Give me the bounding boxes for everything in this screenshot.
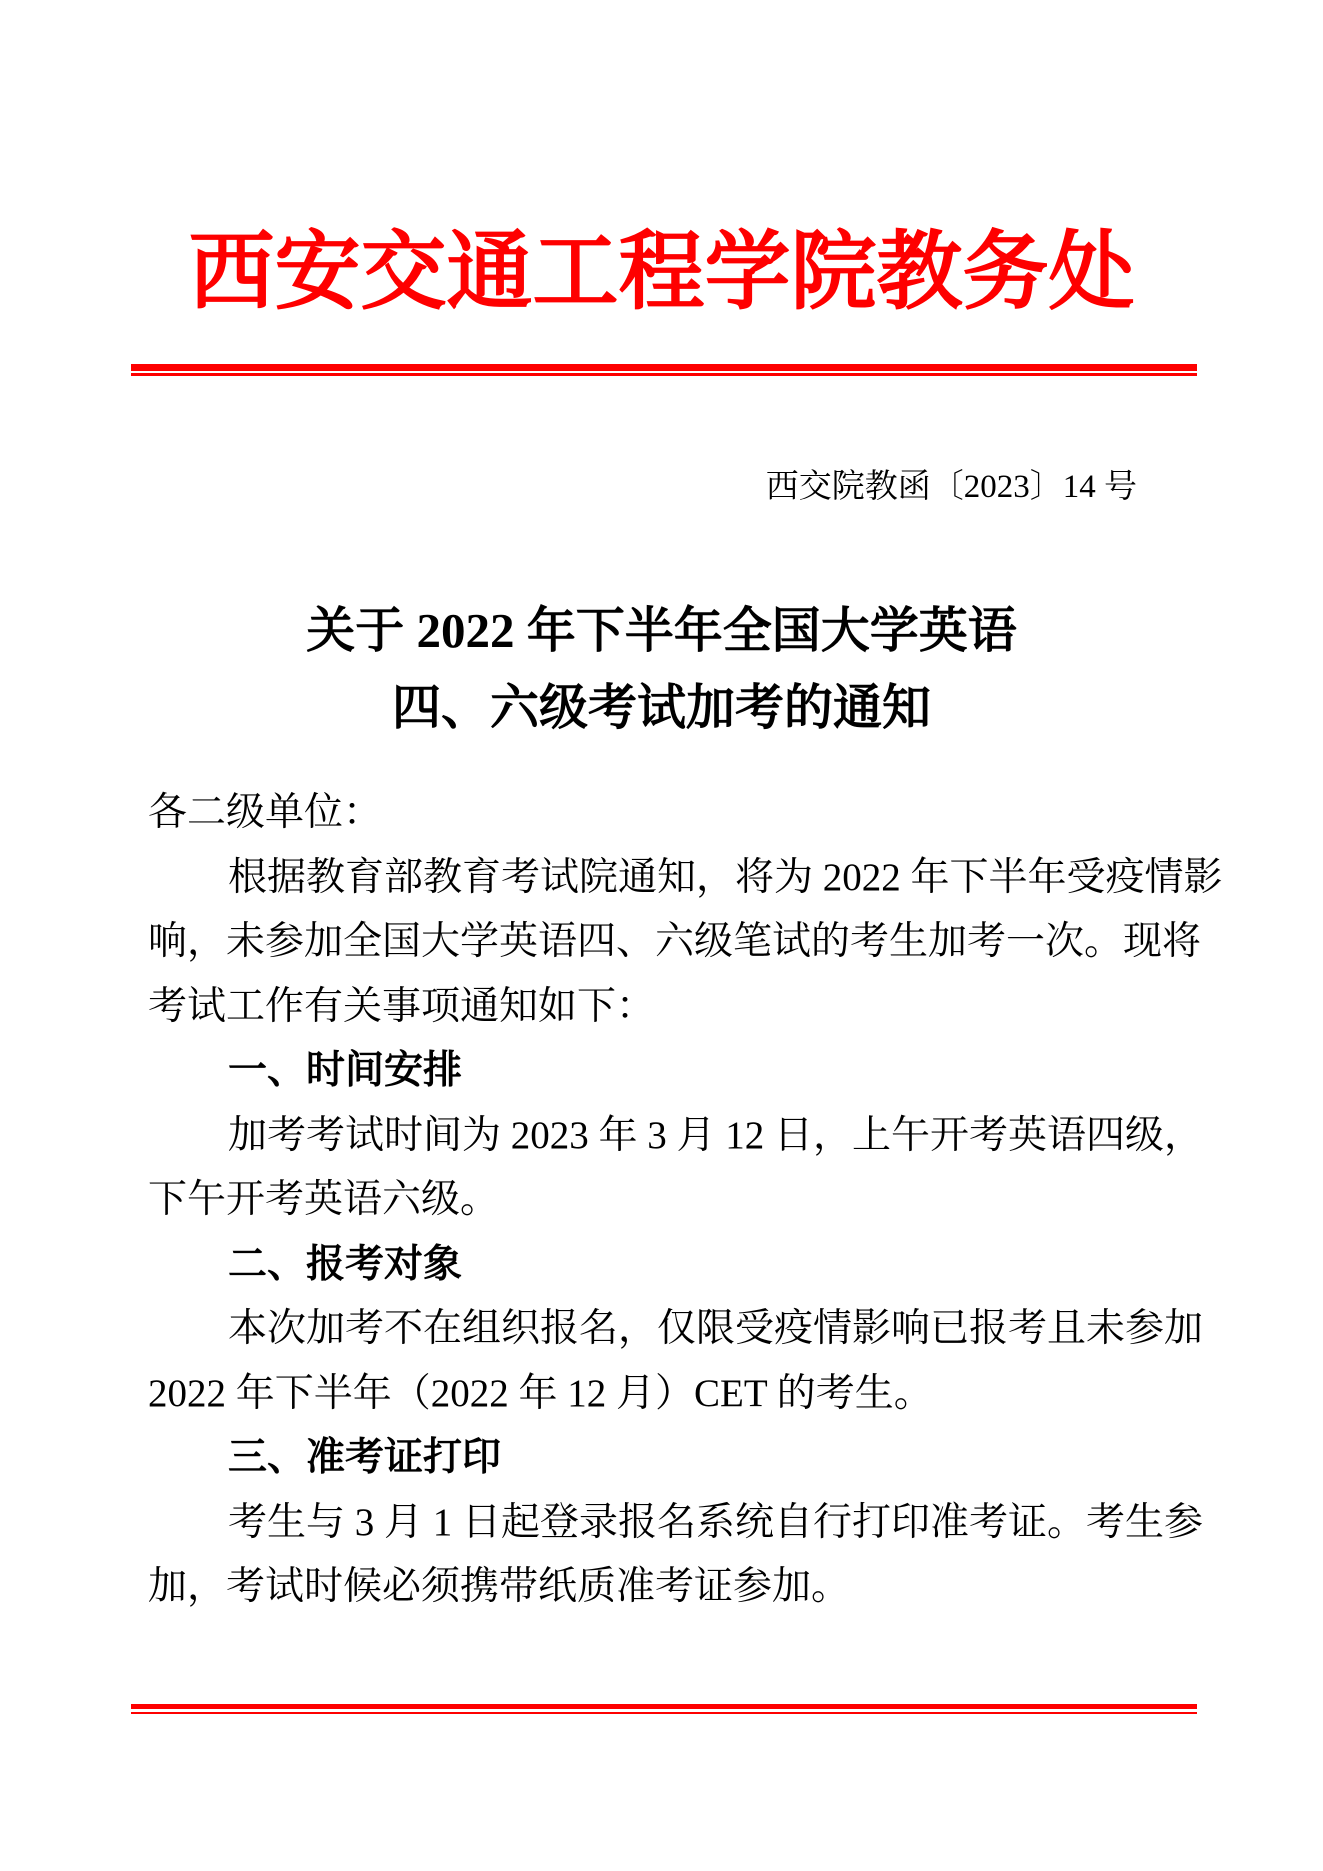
- section-heading-admission-ticket: 三、准考证打印: [148, 1426, 1188, 1491]
- notice-body: 各二级单位： 根据教育部教育考试院通知，将为 2022 年下半年受疫情影 响，未…: [148, 781, 1188, 1620]
- body-line: 响，未参加全国大学英语四、六级笔试的考生加考一次。现将: [148, 910, 1188, 975]
- body-line: 2022 年下半年（2022 年 12 月）CET 的考生。: [148, 1362, 1188, 1427]
- letterhead-title: 西安交通工程学院教务处: [0, 226, 1323, 318]
- section-heading-time: 一、时间安排: [148, 1039, 1188, 1104]
- section-heading-candidates: 二、报考对象: [148, 1233, 1188, 1298]
- body-line: 本次加考不在组织报名，仅限受疫情影响已报考且未参加: [148, 1297, 1188, 1362]
- body-line: 考生与 3 月 1 日起登录报名系统自行打印准考证。考生参: [148, 1491, 1188, 1556]
- document-number: 西交院教函〔2023〕14 号: [766, 467, 1137, 507]
- body-line: 考试工作有关事项通知如下：: [148, 975, 1188, 1040]
- footer-divider: [131, 1704, 1197, 1714]
- notice-title-line1: 关于 2022 年下半年全国大学英语: [0, 592, 1323, 669]
- divider-thick-line: [131, 364, 1197, 371]
- document-page: 西安交通工程学院教务处 西交院教函〔2023〕14 号 关于 2022 年下半年…: [0, 0, 1323, 1871]
- body-line: 下午开考英语六级。: [148, 1168, 1188, 1233]
- letterhead-divider: [131, 364, 1197, 376]
- notice-title: 关于 2022 年下半年全国大学英语 四、六级考试加考的通知: [0, 592, 1323, 746]
- body-line: 根据教育部教育考试院通知，将为 2022 年下半年受疫情影: [148, 846, 1188, 911]
- divider-thin-line: [131, 373, 1197, 376]
- notice-title-line2: 四、六级考试加考的通知: [0, 669, 1323, 746]
- divider-thin-line: [131, 1712, 1197, 1714]
- body-line: 加考考试时间为 2023 年 3 月 12 日，上午开考英语四级，: [148, 1104, 1188, 1169]
- body-line: 加，考试时候必须携带纸质准考证参加。: [148, 1555, 1188, 1620]
- salutation-line: 各二级单位：: [148, 781, 1188, 846]
